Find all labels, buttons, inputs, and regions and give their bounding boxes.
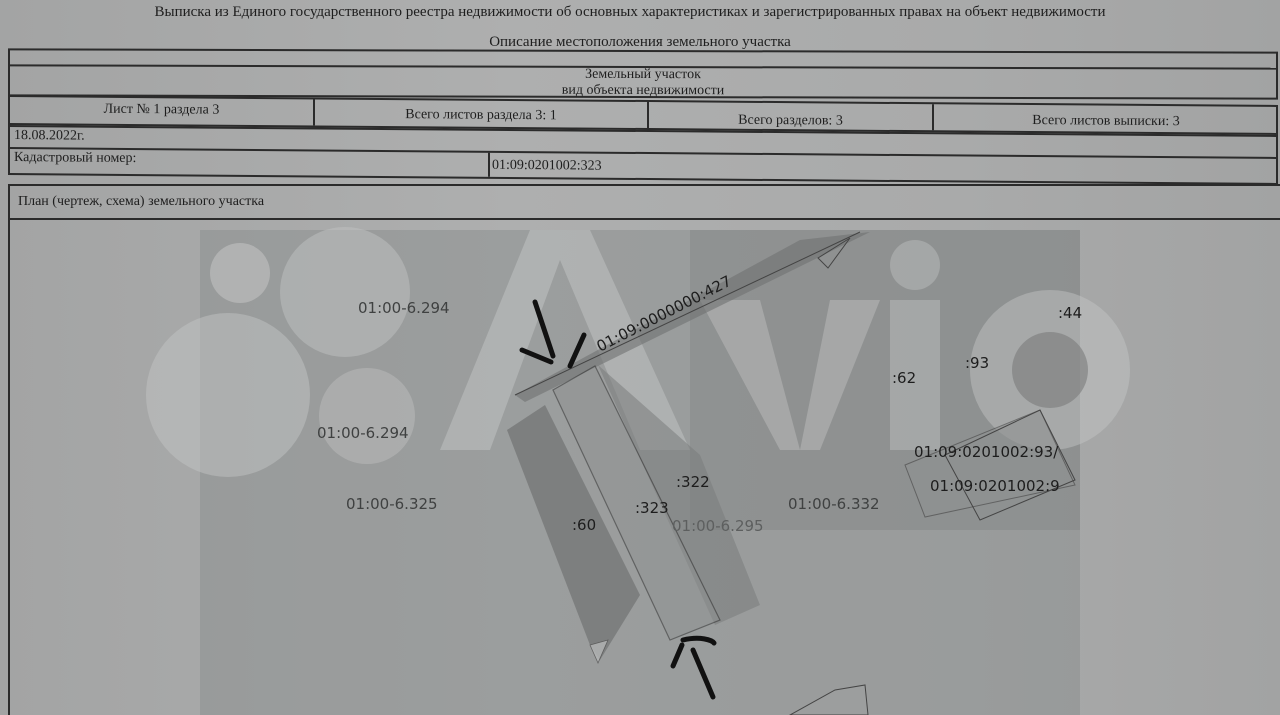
watermark-dot-icon (280, 227, 410, 357)
zone-label-325: 01:00-6.325 (346, 495, 438, 513)
watermark-dot-icon (319, 368, 415, 464)
document-page: Выписка из Единого государственного реес… (0, 0, 1280, 715)
zone-label-295: 01:00-6.295 (672, 517, 764, 535)
zone-label-294: 01:00-6.294 (317, 424, 409, 442)
cadastral-plan-map: 01:00-6.294 01:00-6.294 01:00-6.325 01:0… (0, 0, 1280, 715)
parcel-label-62: :62 (892, 369, 916, 387)
parcel-label-322: :322 (676, 473, 710, 491)
zone-label-294: 01:00-6.294 (358, 299, 450, 317)
parcel-label-93-full: 01:09:0201002:93/ (914, 443, 1059, 461)
parcel-label-60: :60 (572, 516, 596, 534)
parcel-label-323: :323 (635, 499, 669, 517)
zone-label-332: 01:00-6.332 (788, 495, 880, 513)
parcel-label-9-full: 01:09:0201002:9 (930, 477, 1060, 495)
watermark-dot-icon (210, 243, 270, 303)
parcel-label-93: :93 (965, 354, 989, 372)
parcel-label-44: :44 (1058, 304, 1082, 322)
watermark-dot-icon (146, 313, 310, 477)
